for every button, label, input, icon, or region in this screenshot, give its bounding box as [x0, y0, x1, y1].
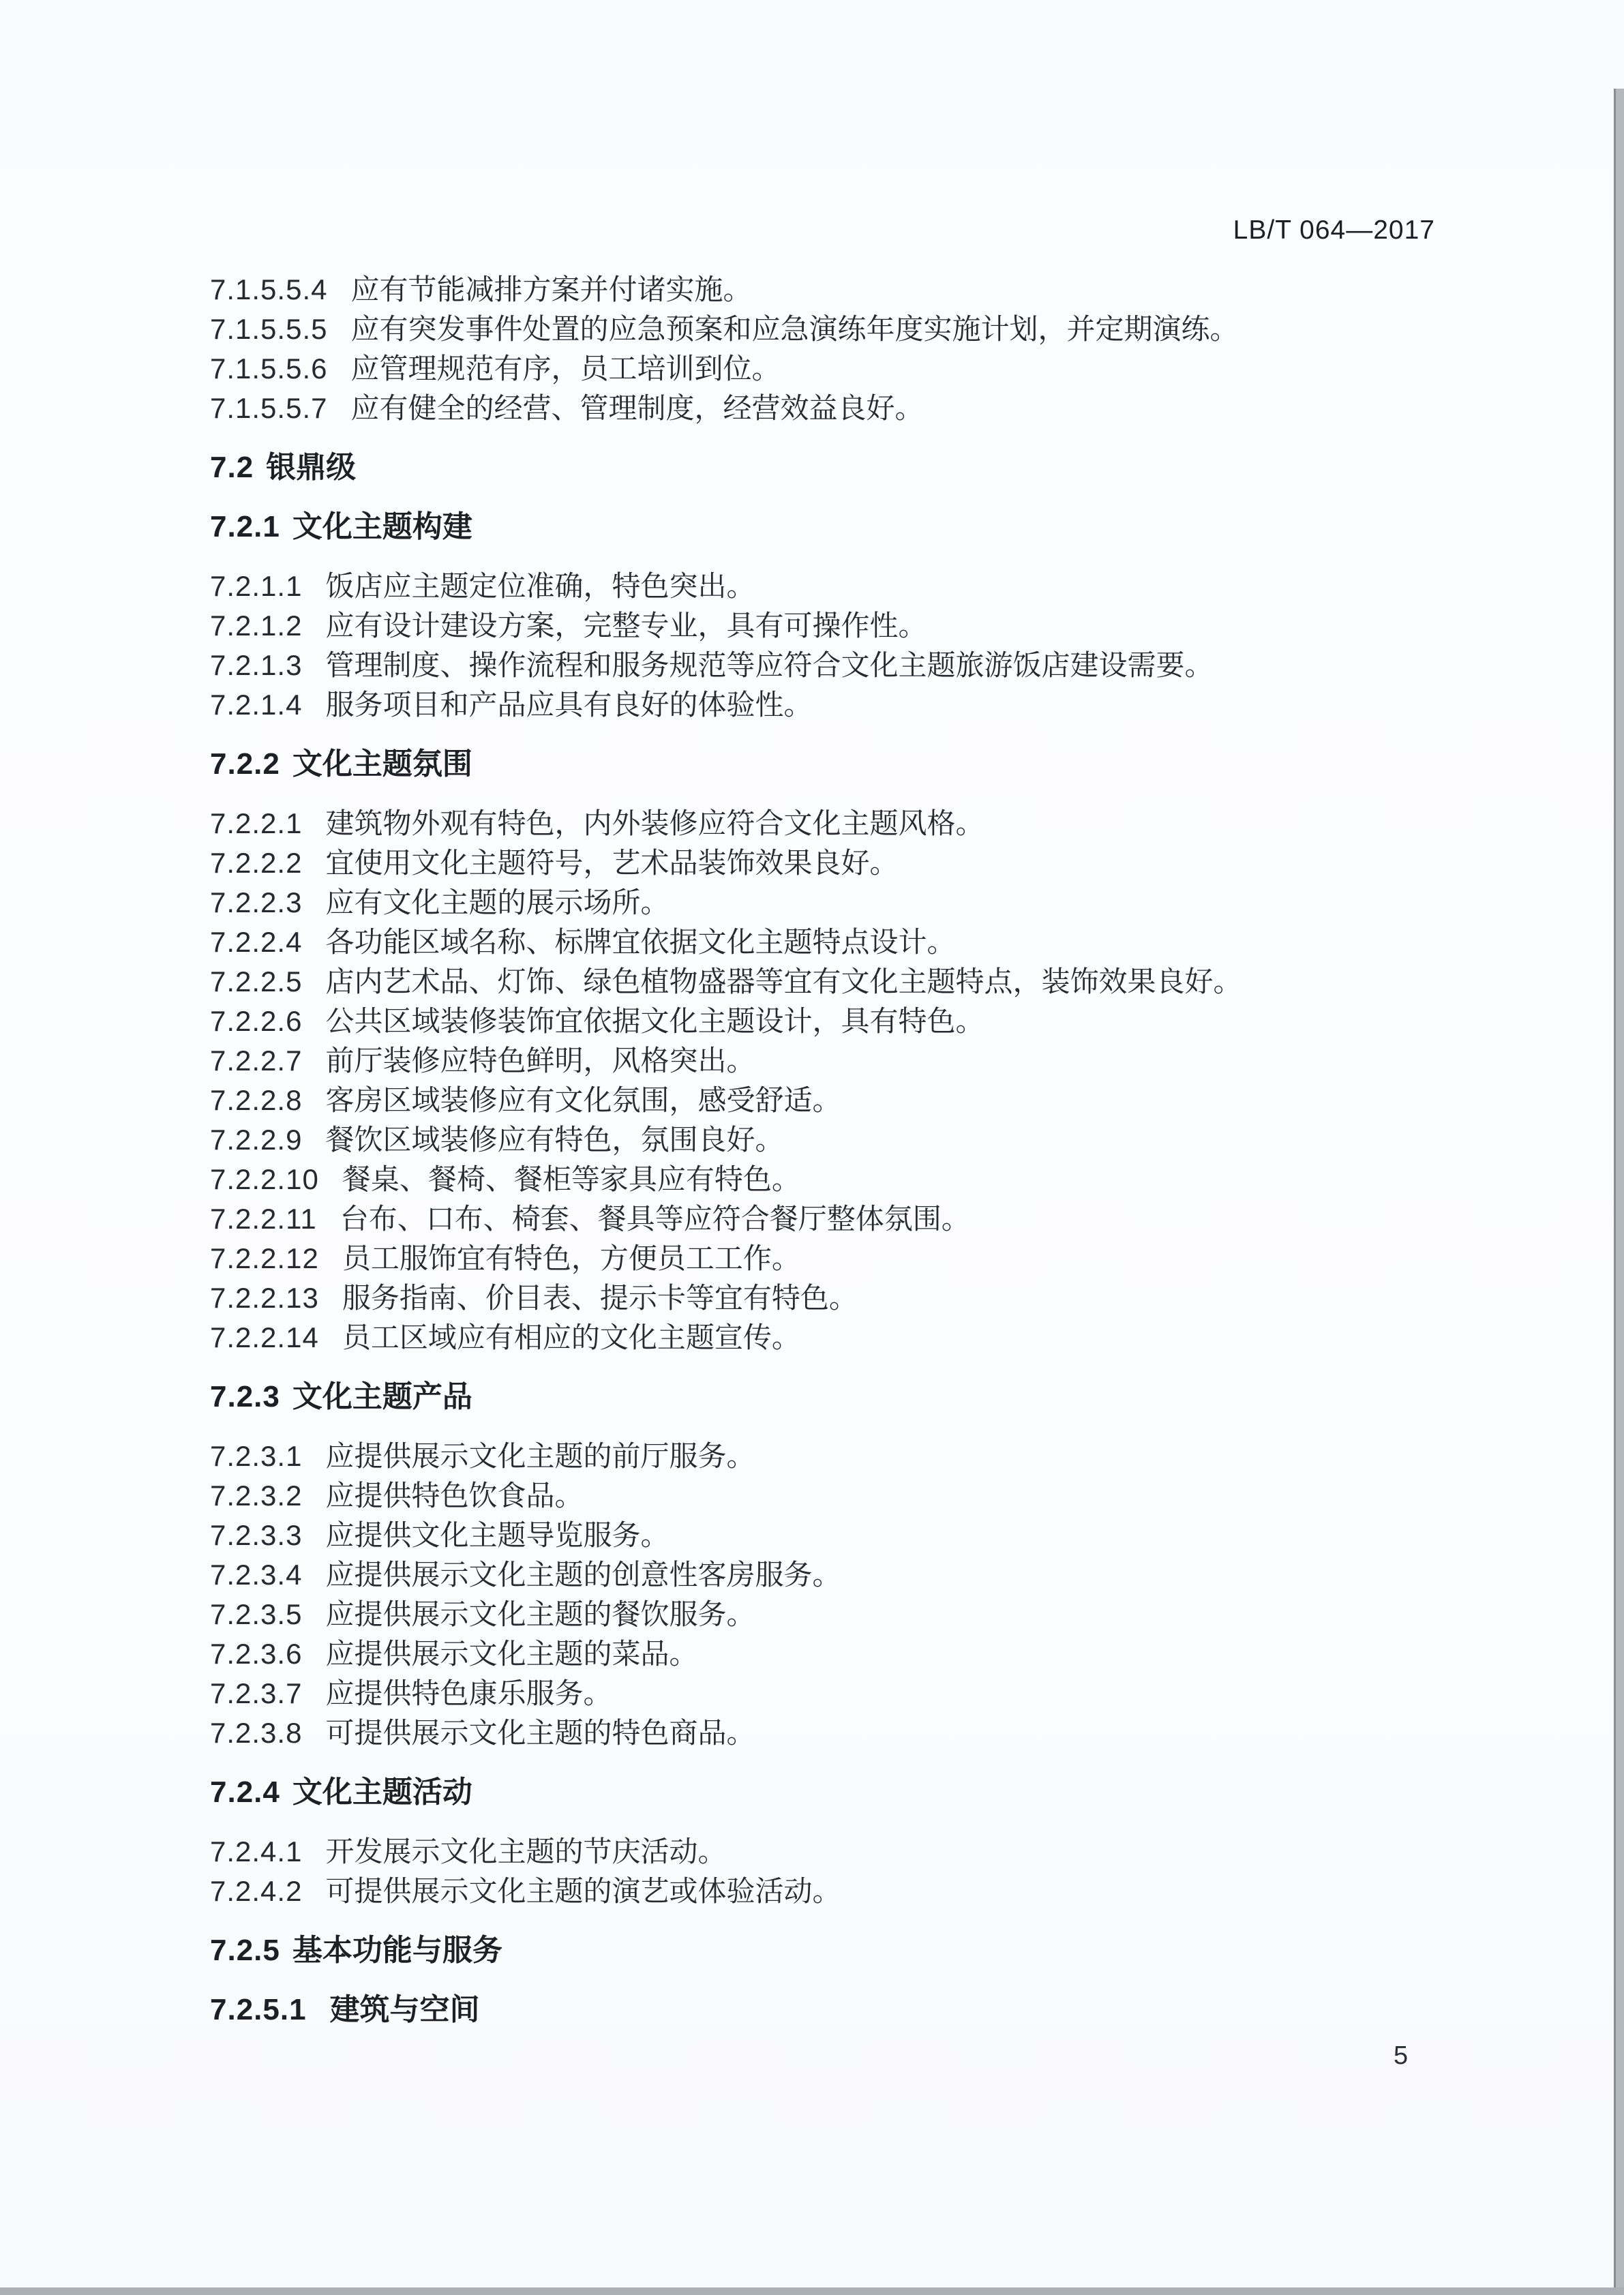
clause-text: 文化主题氛围 [292, 747, 472, 781]
clause-number: 7.2.2.8 [210, 1081, 302, 1120]
clause-number: 7.2.3.6 [210, 1634, 302, 1674]
clause-row: 7.2.3.8可提供展示文化主题的特色商品。 [210, 1713, 1444, 1753]
clause-text: 文化主题产品 [292, 1380, 472, 1413]
clause-text: 建筑与空间 [330, 1993, 480, 2026]
section-heading: 7.2银鼎级 [210, 448, 1444, 487]
clause-number: 7.2.5 [210, 1931, 280, 1970]
clause-number: 7.2 [210, 448, 254, 487]
clause-text: 餐桌、餐椅、餐柜等家具应有特色。 [342, 1163, 800, 1195]
clause-text: 服务指南、价目表、提示卡等宜有特色。 [342, 1282, 858, 1314]
clause-number: 7.2.3.5 [210, 1595, 302, 1634]
clause-text: 开发展示文化主题的节庆活动。 [325, 1835, 726, 1867]
clause-number: 7.2.3.8 [210, 1713, 302, 1753]
clause-text: 台布、口布、椅套、餐具等应符合餐厅整体氛围。 [340, 1203, 970, 1235]
clause-row: 7.2.2.8客房区域装修应有文化氛围，感受舒适。 [210, 1081, 1444, 1120]
clause-row: 7.1.5.5.7应有健全的经营、管理制度，经营效益良好。 [210, 389, 1444, 428]
clause-row: 7.2.2.4各功能区域名称、标牌宜依据文化主题特点设计。 [210, 922, 1444, 962]
clause-number: 7.2.2.12 [210, 1239, 319, 1278]
clause-text: 应有文化主题的展示场所。 [325, 886, 669, 918]
clause-number: 7.2.1.3 [210, 646, 302, 685]
clause-row: 7.2.3.4应提供展示文化主题的创意性客房服务。 [210, 1555, 1444, 1595]
section-heading: 7.2.4文化主题活动 [210, 1773, 1444, 1812]
clause-text: 应提供特色饮食品。 [325, 1480, 583, 1512]
clause-text: 应提供文化主题导览服务。 [325, 1519, 669, 1551]
clause-row: 7.2.3.7应提供特色康乐服务。 [210, 1674, 1444, 1713]
clause-number: 7.2.2.6 [210, 1002, 302, 1041]
clause-text: 文化主题活动 [292, 1775, 472, 1809]
scanned-standard-page: LB/T 064—2017 7.1.5.5.4应有节能减排方案并付诸实施。7.1… [0, 0, 1624, 2295]
clause-row: 7.2.2.10餐桌、餐椅、餐柜等家具应有特色。 [210, 1160, 1444, 1199]
clause-number: 7.1.5.5.7 [210, 389, 327, 428]
clause-text: 可提供展示文化主题的演艺或体验活动。 [325, 1875, 841, 1907]
clause-text: 前厅装修应特色鲜明，风格突出。 [325, 1045, 755, 1077]
clause-text: 应提供展示文化主题的餐饮服务。 [325, 1598, 755, 1630]
clause-text: 应有设计建设方案，完整专业，具有可操作性。 [325, 610, 927, 642]
clause-number: 7.2.2.7 [210, 1041, 302, 1081]
scan-edge-bottom [0, 2287, 1624, 2295]
clause-text: 各功能区域名称、标牌宜依据文化主题特点设计。 [325, 926, 955, 958]
clause-number: 7.2.2.4 [210, 922, 302, 962]
clause-number: 7.2.1 [210, 507, 280, 547]
clause-row: 7.2.4.2可提供展示文化主题的演艺或体验活动。 [210, 1872, 1444, 1911]
section-heading: 7.2.5.1建筑与空间 [210, 1990, 1444, 2030]
clause-text: 应提供展示文化主题的菜品。 [325, 1638, 697, 1670]
clause-row: 7.2.2.2宜使用文化主题符号，艺术品装饰效果良好。 [210, 843, 1444, 883]
clause-row: 7.2.3.3应提供文化主题导览服务。 [210, 1516, 1444, 1555]
clause-row: 7.2.2.7前厅装修应特色鲜明，风格突出。 [210, 1041, 1444, 1081]
clause-row: 7.2.2.5店内艺术品、灯饰、绿色植物盛器等宜有文化主题特点，装饰效果良好。 [210, 962, 1444, 1002]
clause-text: 员工区域应有相应的文化主题宣传。 [342, 1321, 800, 1353]
clause-number: 7.2.2.1 [210, 804, 302, 843]
clause-row: 7.2.2.6公共区域装修装饰宜依据文化主题设计，具有特色。 [210, 1002, 1444, 1041]
clause-text: 宜使用文化主题符号，艺术品装饰效果良好。 [325, 847, 898, 879]
clause-row: 7.2.2.1建筑物外观有特色，内外装修应符合文化主题风格。 [210, 804, 1444, 843]
clause-row: 7.2.2.12员工服饰宜有特色，方便员工工作。 [210, 1239, 1444, 1278]
clause-number: 7.2.2.9 [210, 1120, 302, 1160]
clause-number: 7.2.3.1 [210, 1437, 302, 1476]
standard-code-header: LB/T 064—2017 [1233, 215, 1435, 245]
clause-text: 员工服饰宜有特色，方便员工工作。 [342, 1242, 800, 1274]
clause-number: 7.2.1.1 [210, 567, 302, 606]
clause-number: 7.2.3.3 [210, 1516, 302, 1555]
clause-text: 餐饮区域装修应有特色，氛围良好。 [325, 1124, 783, 1156]
scan-edge-right [1614, 89, 1624, 2295]
clause-number: 7.2.2.5 [210, 962, 302, 1002]
clause-row: 7.1.5.5.6应管理规范有序，员工培训到位。 [210, 349, 1444, 389]
clause-number: 7.2.3 [210, 1377, 280, 1417]
clause-row: 7.2.3.2应提供特色饮食品。 [210, 1476, 1444, 1516]
clause-text: 应管理规范有序，员工培训到位。 [350, 352, 780, 385]
clause-text: 应有突发事件处置的应急预案和应急演练年度实施计划，并定期演练。 [350, 313, 1238, 345]
clause-number: 7.2.2.14 [210, 1318, 319, 1357]
clause-number: 7.2.3.4 [210, 1555, 302, 1595]
section-heading: 7.2.3文化主题产品 [210, 1377, 1444, 1417]
clause-row: 7.2.1.4服务项目和产品应具有良好的体验性。 [210, 685, 1444, 725]
clause-row: 7.2.2.9餐饮区域装修应有特色，氛围良好。 [210, 1120, 1444, 1160]
clause-text: 应提供展示文化主题的前厅服务。 [325, 1440, 755, 1472]
clause-text: 管理制度、操作流程和服务规范等应符合文化主题旅游饭店建设需要。 [325, 649, 1213, 681]
clause-text: 应有节能减排方案并付诸实施。 [350, 273, 751, 305]
clause-text: 文化主题构建 [292, 510, 472, 543]
clause-text: 饭店应主题定位准确，特色突出。 [325, 570, 755, 602]
clause-text: 应提供展示文化主题的创意性客房服务。 [325, 1559, 841, 1591]
clause-number: 7.2.5.1 [210, 1990, 307, 2030]
clause-number: 7.2.2 [210, 745, 280, 784]
clause-row: 7.1.5.5.4应有节能减排方案并付诸实施。 [210, 270, 1444, 310]
clause-text: 客房区域装修应有文化氛围，感受舒适。 [325, 1084, 841, 1116]
clause-row: 7.2.1.3管理制度、操作流程和服务规范等应符合文化主题旅游饭店建设需要。 [210, 646, 1444, 685]
clause-number: 7.2.3.7 [210, 1674, 302, 1713]
clause-number: 7.1.5.5.5 [210, 310, 327, 349]
clause-row: 7.2.2.11台布、口布、椅套、餐具等应符合餐厅整体氛围。 [210, 1199, 1444, 1239]
clause-number: 7.2.2.13 [210, 1278, 319, 1318]
clause-row: 7.2.4.1开发展示文化主题的节庆活动。 [210, 1832, 1444, 1872]
clause-row: 7.2.3.1应提供展示文化主题的前厅服务。 [210, 1437, 1444, 1476]
clause-number: 7.2.4.2 [210, 1872, 302, 1911]
clause-number: 7.2.4 [210, 1773, 280, 1812]
clause-row: 7.1.5.5.5应有突发事件处置的应急预案和应急演练年度实施计划，并定期演练。 [210, 310, 1444, 349]
clause-number: 7.2.2.11 [210, 1199, 317, 1239]
clause-row: 7.2.2.14员工区域应有相应的文化主题宣传。 [210, 1318, 1444, 1357]
clause-row: 7.2.3.6应提供展示文化主题的菜品。 [210, 1634, 1444, 1674]
page-number: 5 [1394, 2041, 1408, 2071]
clause-number: 7.2.2.2 [210, 843, 302, 883]
clause-number: 7.2.1.4 [210, 685, 302, 725]
clause-row: 7.2.1.1饭店应主题定位准确，特色突出。 [210, 567, 1444, 606]
clause-number: 7.2.3.2 [210, 1476, 302, 1516]
clause-row: 7.2.3.5应提供展示文化主题的餐饮服务。 [210, 1595, 1444, 1634]
clause-text: 店内艺术品、灯饰、绿色植物盛器等宜有文化主题特点，装饰效果良好。 [325, 965, 1242, 997]
section-heading: 7.2.1文化主题构建 [210, 507, 1444, 547]
clause-row: 7.2.2.13服务指南、价目表、提示卡等宜有特色。 [210, 1278, 1444, 1318]
clause-text: 基本功能与服务 [292, 1934, 502, 1967]
clause-text: 应有健全的经营、管理制度，经营效益良好。 [350, 392, 923, 424]
clause-text: 应提供特色康乐服务。 [325, 1677, 612, 1709]
clause-text: 建筑物外观有特色，内外装修应符合文化主题风格。 [325, 807, 984, 839]
clause-number: 7.2.1.2 [210, 606, 302, 646]
section-heading: 7.2.5基本功能与服务 [210, 1931, 1444, 1970]
clause-number: 7.1.5.5.4 [210, 270, 327, 310]
document-body: 7.1.5.5.4应有节能减排方案并付诸实施。7.1.5.5.5应有突发事件处置… [210, 270, 1444, 2050]
clause-text: 公共区域装修装饰宜依据文化主题设计，具有特色。 [325, 1005, 984, 1037]
clause-text: 服务项目和产品应具有良好的体验性。 [325, 689, 812, 721]
section-heading: 7.2.2文化主题氛围 [210, 745, 1444, 784]
clause-text: 可提供展示文化主题的特色商品。 [325, 1717, 755, 1749]
clause-row: 7.2.1.2应有设计建设方案，完整专业，具有可操作性。 [210, 606, 1444, 646]
clause-number: 7.2.2.3 [210, 883, 302, 922]
clause-number: 7.2.4.1 [210, 1832, 302, 1872]
clause-number: 7.1.5.5.6 [210, 349, 327, 389]
clause-text: 银鼎级 [266, 451, 356, 484]
clause-row: 7.2.2.3应有文化主题的展示场所。 [210, 883, 1444, 922]
clause-number: 7.2.2.10 [210, 1160, 319, 1199]
